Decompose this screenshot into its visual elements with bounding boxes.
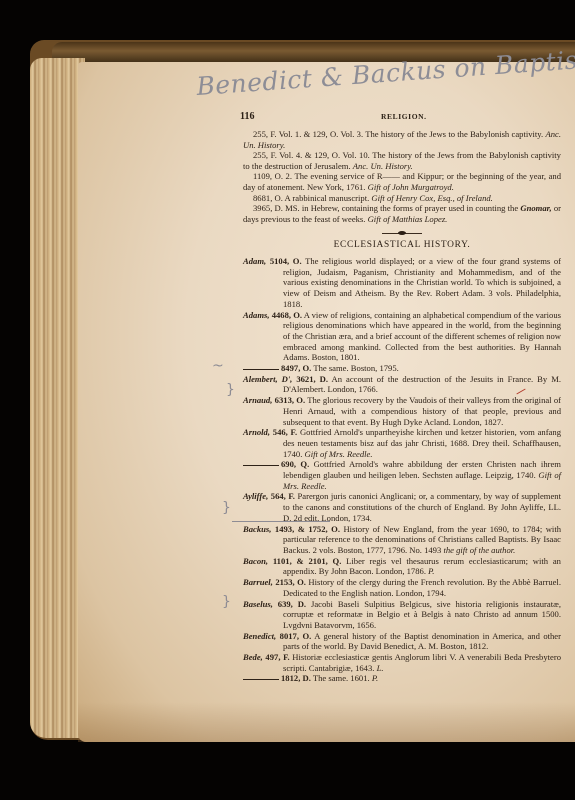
- ditto-dash: [243, 679, 279, 680]
- list-item: Bede, 497, F. Historiæ ecclesiasticæ gen…: [243, 652, 561, 673]
- list-item: Adams, 4468, O. A view of religions, con…: [243, 310, 561, 364]
- top-entry: 255, F. Vol. 1. & 129, O. Vol. 3. The hi…: [243, 129, 561, 150]
- list-item: Benedict, 8017, O. A general history of …: [243, 631, 561, 652]
- ornament-divider: [382, 231, 422, 235]
- list-item: Baselus, 639, D. Jacobi Baseli Sulpitius…: [243, 599, 561, 631]
- list-item: 1812, D. The same. 1601. P.: [243, 673, 561, 684]
- pencil-brace-mark: }: [226, 382, 235, 398]
- list-item: Barruel, 2153, O. History of the clergy …: [243, 577, 561, 598]
- top-block: 255, F. Vol. 1. & 129, O. Vol. 3. The hi…: [243, 129, 561, 224]
- ditto-dash: [243, 369, 279, 370]
- list-item: Backus, 1493, & 1752, O. History of New …: [243, 524, 561, 556]
- list-item: 8497, O. The same. Boston, 1795.: [243, 363, 561, 374]
- list-item: Bacon, 1101, & 2101, Q. Liber regis vel …: [243, 556, 561, 577]
- section-title: ECCLESIASTICAL HISTORY.: [243, 240, 561, 250]
- list-item: 690, Q. Gottfried Arnold's wahre abbildu…: [243, 459, 561, 491]
- list-item: Arnold, 546, F. Gottfried Arnold's unpar…: [243, 427, 561, 459]
- pencil-brace-mark: }: [222, 500, 231, 516]
- list-item: Arnaud, 6313, O. The glorious recovery b…: [243, 395, 561, 427]
- list-item: Alembert, D', 3621, D. An account of the…: [243, 374, 561, 395]
- top-entry: 255, F. Vol. 4. & 129, O. Vol. 10. The h…: [243, 150, 561, 171]
- top-entry: 3965, D. MS. in Hebrew, containing the f…: [243, 203, 561, 224]
- top-entry: 1109, O. 2. The evening service of R—— a…: [243, 171, 561, 192]
- top-entry: 8681, O. A rabbinical manuscript. Gift o…: [243, 193, 561, 204]
- running-head-title: RELIGION.: [381, 112, 427, 121]
- running-head: 116 RELIGION.: [240, 111, 560, 123]
- ditto-dash: [243, 465, 279, 466]
- entry-list: Adam, 5104, O. The religious world displ…: [243, 256, 561, 684]
- pencil-underline: [232, 521, 330, 522]
- list-item: Adam, 5104, O. The religious world displ…: [243, 256, 561, 310]
- page-number: 116: [240, 111, 254, 122]
- page-edges: [30, 58, 85, 738]
- list-item: Ayliffe, 564, F. Parergon juris canonici…: [243, 491, 561, 523]
- pencil-brace-mark: }: [222, 594, 231, 610]
- pencil-squiggle-mark: ~: [212, 358, 224, 374]
